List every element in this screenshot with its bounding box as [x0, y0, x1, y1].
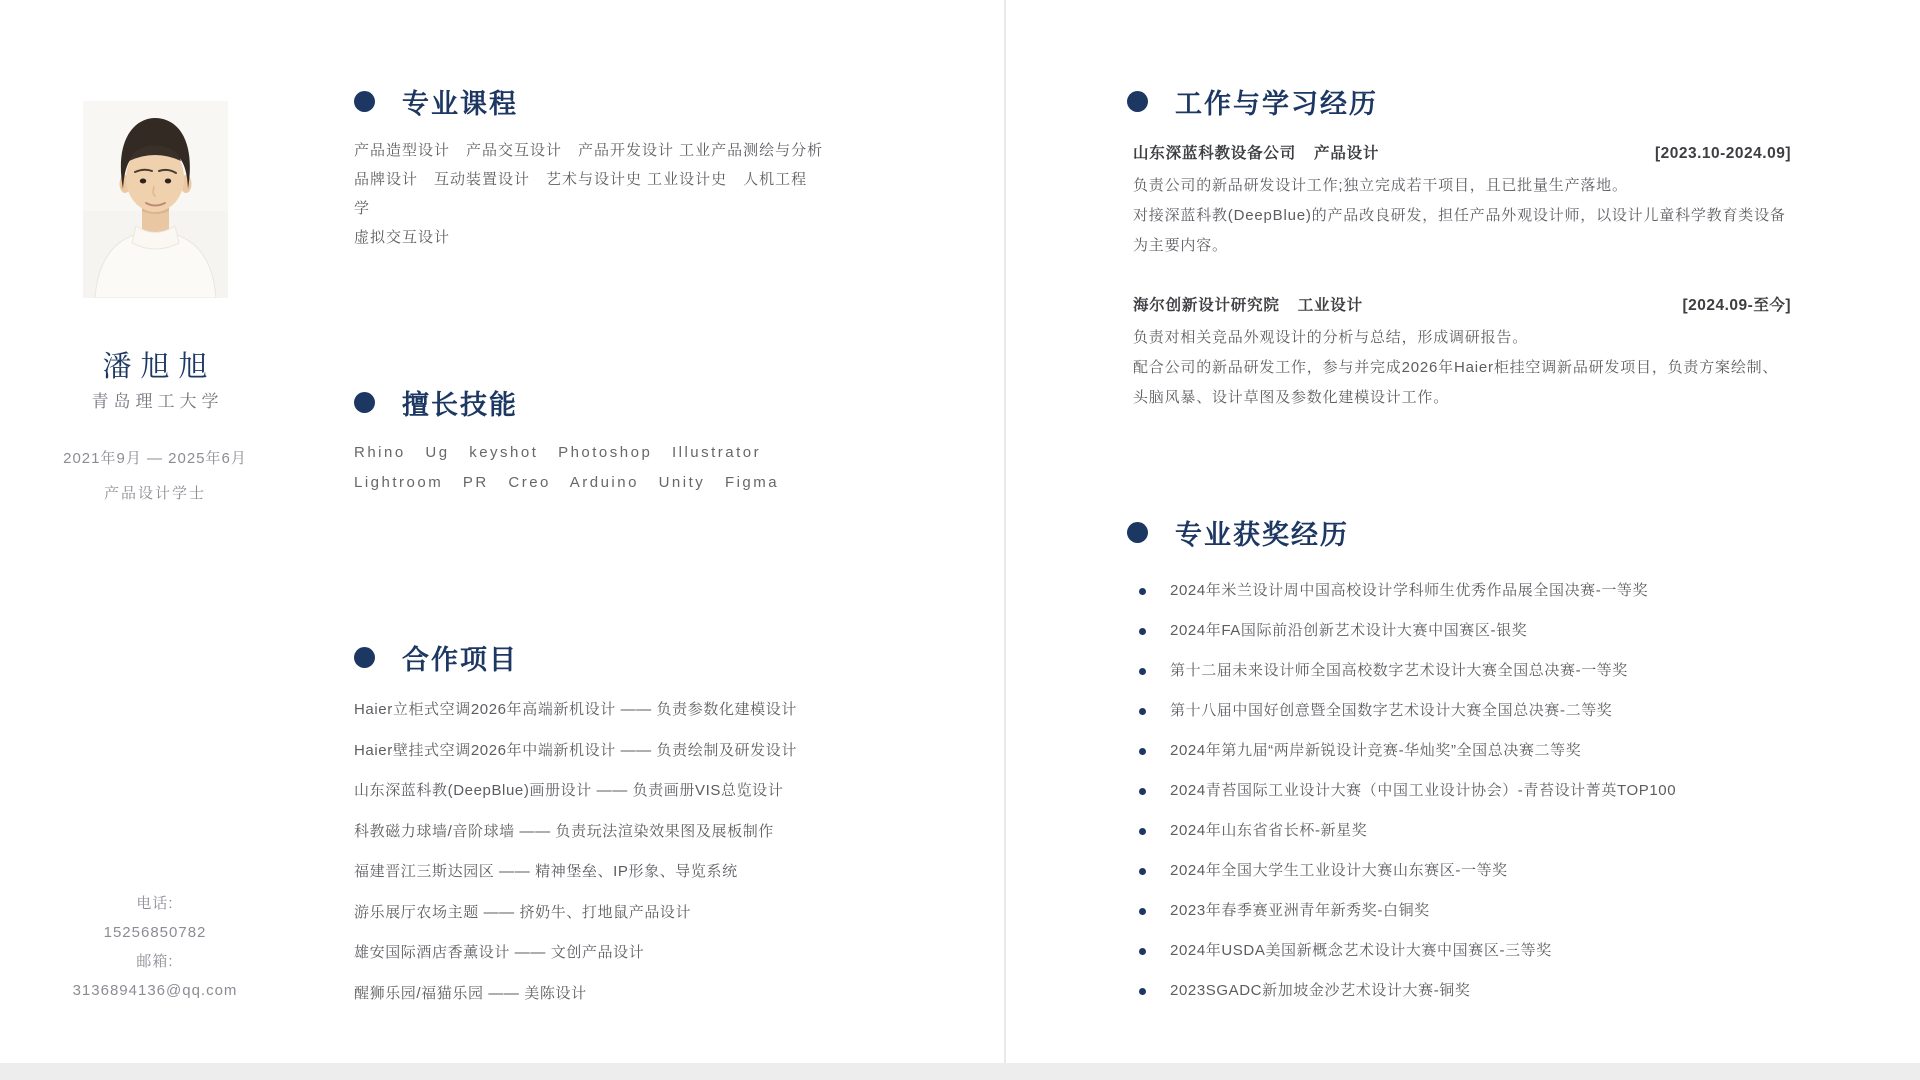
award-item: 2023年春季赛亚洲青年新秀奖-白铜奖 [1133, 891, 1791, 931]
award-text: 2023SGADC新加坡金沙艺术设计大赛-铜奖 [1170, 982, 1471, 999]
email-address: 3136894136@qq.com [0, 976, 310, 1005]
section-heading-awards: 专业获奖经历 [1127, 513, 1349, 552]
bullet-dot-icon [1139, 668, 1146, 675]
email-label: 邮箱: [0, 947, 310, 976]
bullet-circle-icon [354, 392, 375, 413]
middle-column: 专业课程 产品造型设计 产品交互设计 产品开发设计 工业产品测绘与分析 品牌设计… [352, 0, 897, 1080]
experience-title-row: 海尔创新设计研究院 工业设计 [2024.09-至今] [1133, 293, 1791, 315]
experience-desc-line: 对接深蓝科教(DeepBlue)的产品改良研发，担任产品外观设计师，以设计儿童科… [1133, 201, 1791, 261]
award-text: 2024年第九届“两岸新锐设计竞赛-华灿奖”全国总决赛二等奖 [1170, 742, 1581, 759]
school-name: 青岛理工大学 [0, 387, 310, 412]
section-title: 专业课程 [402, 82, 518, 121]
award-item: 2024青苔国际工业设计大赛（中国工业设计协会）-青苔设计菁英TOP100 [1133, 771, 1791, 811]
experience-description: 负责公司的新品研发设计工作;独立完成若干项目，且已批量生产落地。 对接深蓝科教(… [1133, 171, 1791, 261]
experience-org: 山东深蓝科教设备公司 [1133, 141, 1296, 163]
bullet-circle-icon [354, 91, 375, 112]
experience-desc-line: 配合公司的新品研发工作，参与并完成2026年Haier柜挂空调新品研发项目，负责… [1133, 353, 1791, 413]
bullet-dot-icon [1139, 708, 1146, 715]
bullet-dot-icon [1139, 988, 1146, 995]
award-text: 第十八届中国好创意暨全国数字艺术设计大赛全国总决赛-二等奖 [1170, 702, 1612, 719]
skill-line: Lightroom PR Creo Arduino Unity Figma [354, 468, 899, 498]
section-title: 擅长技能 [402, 383, 518, 422]
profile-photo [83, 101, 228, 298]
award-text: 第十二届未来设计师全国高校数字艺术设计大赛全国总决赛-一等奖 [1170, 662, 1628, 679]
bullet-dot-icon [1139, 828, 1146, 835]
award-text: 2024年USDA美国新概念艺术设计大赛中国赛区-三等奖 [1170, 942, 1552, 959]
bullet-dot-icon [1139, 748, 1146, 755]
courses-text: 产品造型设计 产品交互设计 产品开发设计 工业产品测绘与分析 品牌设计 互动装置… [354, 136, 899, 252]
phone-label: 电话: [0, 889, 310, 918]
experience-entry: 海尔创新设计研究院 工业设计 [2024.09-至今] 负责对相关竞品外观设计的… [1133, 293, 1791, 413]
award-item: 2024年USDA美国新概念艺术设计大赛中国赛区-三等奖 [1133, 931, 1791, 971]
award-item: 2024年FA国际前沿创新艺术设计大赛中国赛区-银奖 [1133, 611, 1791, 651]
skills-text: Rhino Ug keyshot Photoshop Illustrator L… [354, 438, 899, 498]
page-divider [1004, 0, 1006, 1063]
contact-block: 电话: 15256850782 邮箱: 3136894136@qq.com [0, 889, 310, 1005]
course-line: 产品造型设计 产品交互设计 产品开发设计 工业产品测绘与分析 [354, 136, 899, 165]
bullet-circle-icon [1127, 522, 1148, 543]
portrait-illustration [83, 101, 228, 298]
bullet-circle-icon [1127, 91, 1148, 112]
award-text: 2024年全国大学生工业设计大赛山东赛区-一等奖 [1170, 862, 1508, 879]
projects-list: Haier立柜式空调2026年高端新机设计 —— 负责参数化建模设计 Haier… [354, 690, 899, 1014]
award-text: 2024年米兰设计周中国高校设计学科师生优秀作品展全国决赛-一等奖 [1170, 582, 1648, 599]
bullet-dot-icon [1139, 788, 1146, 795]
award-item: 2024年米兰设计周中国高校设计学科师生优秀作品展全国决赛-一等奖 [1133, 571, 1791, 611]
course-line: 虚拟交互设计 [354, 223, 899, 252]
experience-period: [2024.09-至今] [1682, 293, 1791, 315]
project-item: 醒狮乐园/福猫乐园 —— 美陈设计 [354, 974, 899, 1015]
experience-title-row: 山东深蓝科教设备公司 产品设计 [2023.10-2024.09] [1133, 141, 1791, 163]
course-line: 品牌设计 互动装置设计 艺术与设计史 工业设计史 人机工程 [354, 165, 899, 194]
experience-desc-line: 负责对相关竞品外观设计的分析与总结，形成调研报告。 [1133, 323, 1791, 353]
bullet-dot-icon [1139, 628, 1146, 635]
bullet-dot-icon [1139, 908, 1146, 915]
section-heading-projects: 合作项目 [354, 638, 518, 677]
experience-period: [2023.10-2024.09] [1655, 145, 1791, 163]
section-heading-skills: 擅长技能 [354, 383, 518, 422]
experience-entry: 山东深蓝科教设备公司 产品设计 [2023.10-2024.09] 负责公司的新… [1133, 141, 1791, 261]
award-text: 2023年春季赛亚洲青年新秀奖-白铜奖 [1170, 902, 1430, 919]
project-item: 科教磁力球墙/音阶球墙 —— 负责玩法渲染效果图及展板制作 [354, 812, 899, 853]
project-item: 山东深蓝科教(DeepBlue)画册设计 —— 负责画册VIS总览设计 [354, 771, 899, 812]
experience-role: 产品设计 [1314, 141, 1379, 163]
award-item: 第十八届中国好创意暨全国数字艺术设计大赛全国总决赛-二等奖 [1133, 691, 1791, 731]
course-line: 学 [354, 194, 899, 223]
person-name: 潘旭旭 [0, 344, 310, 385]
experience-role: 工业设计 [1298, 293, 1363, 315]
resume-page: 潘旭旭 青岛理工大学 2021年9月 — 2025年6月 产品设计学士 电话: … [0, 0, 1920, 1080]
experience-desc-line: 负责公司的新品研发设计工作;独立完成若干项目，且已批量生产落地。 [1133, 171, 1791, 201]
project-item: Haier壁挂式空调2026年中端新机设计 —— 负责绘制及研发设计 [354, 731, 899, 772]
education-period: 2021年9月 — 2025年6月 [0, 447, 310, 468]
education-degree: 产品设计学士 [0, 482, 310, 503]
award-text: 2024年山东省省长杯-新星奖 [1170, 822, 1367, 839]
skill-line: Rhino Ug keyshot Photoshop Illustrator [354, 438, 899, 468]
sidebar: 潘旭旭 青岛理工大学 2021年9月 — 2025年6月 产品设计学士 电话: … [0, 0, 310, 1080]
experience-description: 负责对相关竞品外观设计的分析与总结，形成调研报告。 配合公司的新品研发工作，参与… [1133, 323, 1791, 413]
award-text: 2024青苔国际工业设计大赛（中国工业设计协会）-青苔设计菁英TOP100 [1170, 782, 1676, 799]
award-item: 2023SGADC新加坡金沙艺术设计大赛-铜奖 [1133, 971, 1791, 1011]
project-item: 福建晋江三斯达园区 —— 精神堡垒、IP形象、导览系统 [354, 852, 899, 893]
project-item: 雄安国际酒店香薰设计 —— 文创产品设计 [354, 933, 899, 974]
bullet-circle-icon [354, 647, 375, 668]
section-title: 合作项目 [402, 638, 518, 677]
awards-list: 2024年米兰设计周中国高校设计学科师生优秀作品展全国决赛-一等奖 2024年F… [1133, 571, 1791, 1011]
section-heading-experience: 工作与学习经历 [1127, 82, 1378, 121]
bullet-dot-icon [1139, 588, 1146, 595]
phone-number: 15256850782 [0, 918, 310, 947]
bullet-dot-icon [1139, 868, 1146, 875]
award-item: 2024年第九届“两岸新锐设计竞赛-华灿奖”全国总决赛二等奖 [1133, 731, 1791, 771]
project-item: Haier立柜式空调2026年高端新机设计 —— 负责参数化建模设计 [354, 690, 899, 731]
page-bottom-edge [0, 1063, 1920, 1080]
award-text: 2024年FA国际前沿创新艺术设计大赛中国赛区-银奖 [1170, 622, 1527, 639]
award-item: 2024年山东省省长杯-新星奖 [1133, 811, 1791, 851]
experience-org: 海尔创新设计研究院 [1133, 293, 1280, 315]
section-heading-courses: 专业课程 [354, 82, 518, 121]
section-title: 专业获奖经历 [1175, 513, 1349, 552]
bullet-dot-icon [1139, 948, 1146, 955]
award-item: 2024年全国大学生工业设计大赛山东赛区-一等奖 [1133, 851, 1791, 891]
section-title: 工作与学习经历 [1175, 82, 1378, 121]
project-item: 游乐展厅农场主题 —— 挤奶牛、打地鼠产品设计 [354, 893, 899, 934]
right-column: 工作与学习经历 山东深蓝科教设备公司 产品设计 [2023.10-2024.09… [1130, 0, 1790, 1080]
award-item: 第十二届未来设计师全国高校数字艺术设计大赛全国总决赛-一等奖 [1133, 651, 1791, 691]
